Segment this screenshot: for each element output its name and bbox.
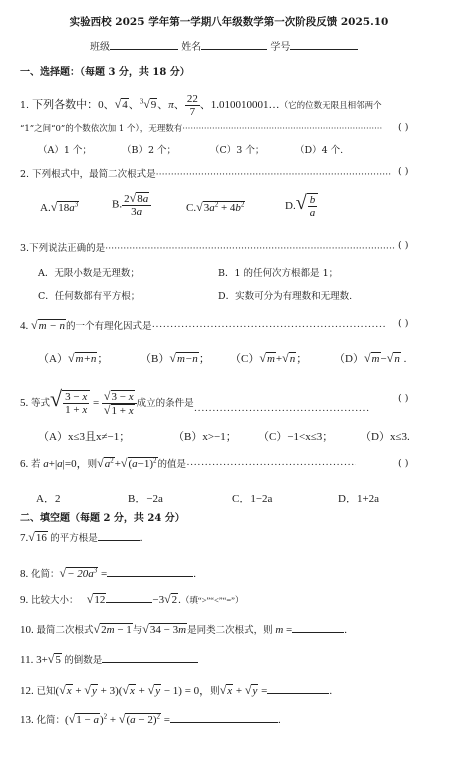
option-d: D.√ba — [285, 192, 318, 220]
question-13: 13. 化简：(√1 − a)2 + √(a − 2)2 =. — [20, 712, 281, 727]
option-c: （C）−1<x≤3； — [258, 428, 333, 444]
option-c: （C）3 个； — [210, 142, 264, 156]
question-11: 11. 3+√5 的倒数是 — [20, 652, 198, 667]
name-field[interactable] — [201, 39, 267, 50]
option-b: B．−2a — [128, 490, 163, 506]
question-number: 3. — [20, 243, 29, 254]
answer-paren[interactable]: ( ) — [398, 166, 408, 177]
student-id-field[interactable] — [290, 39, 358, 50]
option-a: （A）1 个； — [38, 142, 92, 156]
option-c: C．任何数都有平方根； — [38, 288, 140, 302]
option-b: （B）x>−1； — [173, 428, 237, 444]
option-d: D．实数可分为有理数和无理数. — [218, 288, 352, 302]
question-number: 5. — [20, 397, 28, 409]
class-field[interactable] — [110, 39, 178, 50]
answer-paren[interactable]: ( ) — [398, 240, 408, 251]
option-b: （B）√m−n； — [140, 350, 210, 366]
answer-paren[interactable]: ( ) — [398, 318, 408, 329]
question-number: 1. — [20, 100, 29, 111]
answer-blank[interactable] — [292, 622, 344, 633]
option-d: （D）x≤3. — [360, 428, 410, 444]
answer-blank[interactable] — [170, 712, 278, 723]
option-b: B．1 的任何次方根都是 1； — [218, 265, 338, 279]
section-heading-choice: 一、选择题：（每题 3 分，共 18 分） — [20, 63, 190, 78]
question-stem: 下列各数中：0、√4、3√9、π、227、1.010010001… — [32, 99, 279, 111]
answer-blank[interactable] — [106, 592, 152, 603]
answer-blank[interactable] — [98, 530, 140, 541]
exam-title: 实验西校 2025 学年第一学期八年级数学第一次阶段反馈 2025.10 — [0, 14, 458, 29]
option-a: A．无限小数是无理数； — [38, 265, 140, 279]
question-9: 9. 比较大小： √12−3√2.（填“>”“<”“=”） — [20, 592, 243, 607]
option-d: D．1+2a — [338, 490, 379, 506]
name-label: 姓名 — [181, 42, 201, 53]
answer-blank[interactable] — [107, 566, 193, 577]
answer-paren[interactable]: ( ) — [398, 393, 408, 404]
question-10: 10. 最简二次根式√2m − 1与√34 − 3m是同类二次根式，则 m =. — [20, 622, 347, 637]
question-number: 2. — [20, 169, 29, 180]
section-heading-fill-in: 二、填空题（每题 2 分，共 24 分） — [20, 509, 185, 524]
question-7: 7.√16 的平方根是. — [20, 530, 142, 545]
answer-blank[interactable] — [267, 683, 329, 694]
student-id-label: 学号 — [270, 42, 290, 53]
question-number: 4. — [20, 320, 28, 332]
answer-blank[interactable] — [102, 652, 198, 663]
question-stem: 下列根式中，最简二次根式是 — [32, 169, 156, 180]
option-b: B.2√8a3a — [112, 192, 151, 218]
option-c: C.√3a2 + 4b2 — [186, 200, 245, 215]
option-c: （C）√m+√n； — [230, 350, 307, 366]
student-info-row: 班级 姓名 学号 — [90, 38, 358, 53]
option-d: （D）4 个. — [295, 142, 343, 156]
question-12: 12. 已知(√x + √y + 3)(√x + √y − 1) = 0，则√x… — [20, 682, 332, 698]
class-label: 班级 — [90, 42, 110, 53]
option-a: A.√18a3 — [40, 200, 79, 215]
question-number: 6. — [20, 458, 28, 470]
option-a: （A）x≤3且x≠−1； — [38, 428, 130, 444]
question-8: 8. 化简：√− 20a3 =. — [20, 566, 196, 581]
answer-paren[interactable]: ( ) — [398, 122, 408, 133]
option-a: （A）√m+n； — [38, 350, 108, 366]
option-b: （B）2 个； — [122, 142, 176, 156]
question-stem: 下列说法正确的是 — [29, 243, 105, 254]
option-d: （D）√m−√n . — [334, 350, 406, 366]
option-a: A．2 — [36, 490, 60, 506]
answer-paren[interactable]: ( ) — [398, 458, 408, 469]
option-c: C．1−2a — [232, 490, 272, 506]
